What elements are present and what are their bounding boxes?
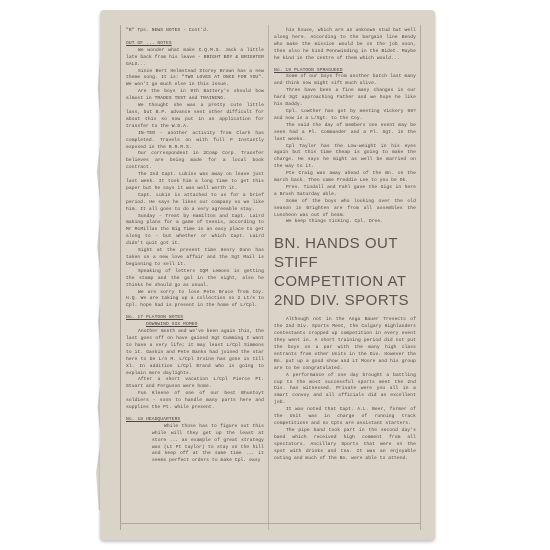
paragraph: The 2nd Capt. Lukins was away on leave j… <box>126 172 264 193</box>
right-column: his house, which are an unknown stud but… <box>274 28 416 462</box>
headline-line-3: 2ND DIV. SPORTS <box>274 292 409 309</box>
paragraph: Are the boys in 9th Battery's should bow… <box>126 89 264 103</box>
paragraph: We are sorry to lose Pete Bruce from Coy… <box>126 290 264 311</box>
headline-line-2: COMPETITION AT <box>274 273 407 290</box>
paragraph: Fun Kleene of one of our best Bhuntoyt s… <box>126 391 264 412</box>
paragraph: IN-TER - another activity from Clark has… <box>126 131 264 152</box>
paragraph: We keep things ticking. Cpl. Dree. <box>274 219 416 226</box>
headline-line-1: BN. HANDS OUT STIFF <box>274 235 398 271</box>
paragraph: We thought she was a pretty cute little … <box>126 103 264 131</box>
left-column-body: OUT OF ... NOTESWe wonder what make C.Q.… <box>126 41 264 465</box>
right-column-top-body: his house, which are an unknown stud but… <box>274 28 416 226</box>
paragraph: A performance of one day brought a battl… <box>274 373 416 408</box>
paragraph: Speaking of letters CQM Lemons is gettin… <box>126 269 264 290</box>
paragraph: his house, which are an unknown stud but… <box>274 28 416 63</box>
right-column-bottom-body: Although not in the Anga Bauer Tresects … <box>274 317 416 462</box>
paragraph: Although not in the Anga Bauer Tresects … <box>274 317 416 372</box>
page-header-line: "B" Tps. NEWS NOTES - Cont'd. <box>126 28 264 35</box>
paragraph: It was noted that Capt. A.L. Beer, forme… <box>274 407 416 428</box>
paragraph: After a short vacation L/Cpl Pierce Pt. … <box>126 377 264 391</box>
column-divider <box>268 25 269 530</box>
bottom-rule <box>120 523 420 524</box>
left-column: "B" Tps. NEWS NOTES - Cont'd. OUT OF ...… <box>126 28 264 465</box>
paragraph: The pipe band took part in the second da… <box>274 428 416 463</box>
left-margin-rule <box>120 25 121 530</box>
paragraph: While those has to figure out this while… <box>126 424 264 465</box>
paragraph: Cpl Taylor has the Low-weight in his eye… <box>274 144 416 172</box>
paragraph: Some of our boys from another batch last… <box>274 74 416 88</box>
paragraph: Some of the boys who looking over the ol… <box>274 199 416 220</box>
sports-headline: BN. HANDS OUT STIFF COMPETITION AT 2ND D… <box>274 234 416 310</box>
paragraph: Our correspondent in 2Comp Corp. Transfe… <box>126 151 264 172</box>
paragraph: Three have been a fine many changes in o… <box>274 88 416 109</box>
paragraph: The said the day of members one event ma… <box>274 123 416 144</box>
paragraph: Cpl. Lowther has got by meeting Vickery … <box>274 109 416 123</box>
section-heading: OUT OF ... NOTES <box>126 41 264 48</box>
paragraph: Sight at the present time Henry Dunn has… <box>126 248 264 269</box>
paragraph: We wonder what make C.Q.M.S. Jack a litt… <box>126 48 264 69</box>
section-heading: No. 18 HEADQUARTERS <box>126 417 264 424</box>
paragraph: Capt. Lukin is attached to us for a brie… <box>126 193 264 214</box>
paragraph: Since Bert Helmstead Storey Brown has a … <box>126 69 264 90</box>
paragraph: Pres. Tindall and Fahl gave the Gigs in … <box>274 185 416 199</box>
paragraph: Sunday - Treat by Hamilton and Capt. Lai… <box>126 214 264 249</box>
right-margin-rule <box>420 25 421 530</box>
paragraph: Another month and we've been again this,… <box>126 329 264 377</box>
paragraph: Pte Craig was away ahead of the Bn. on t… <box>274 171 416 185</box>
